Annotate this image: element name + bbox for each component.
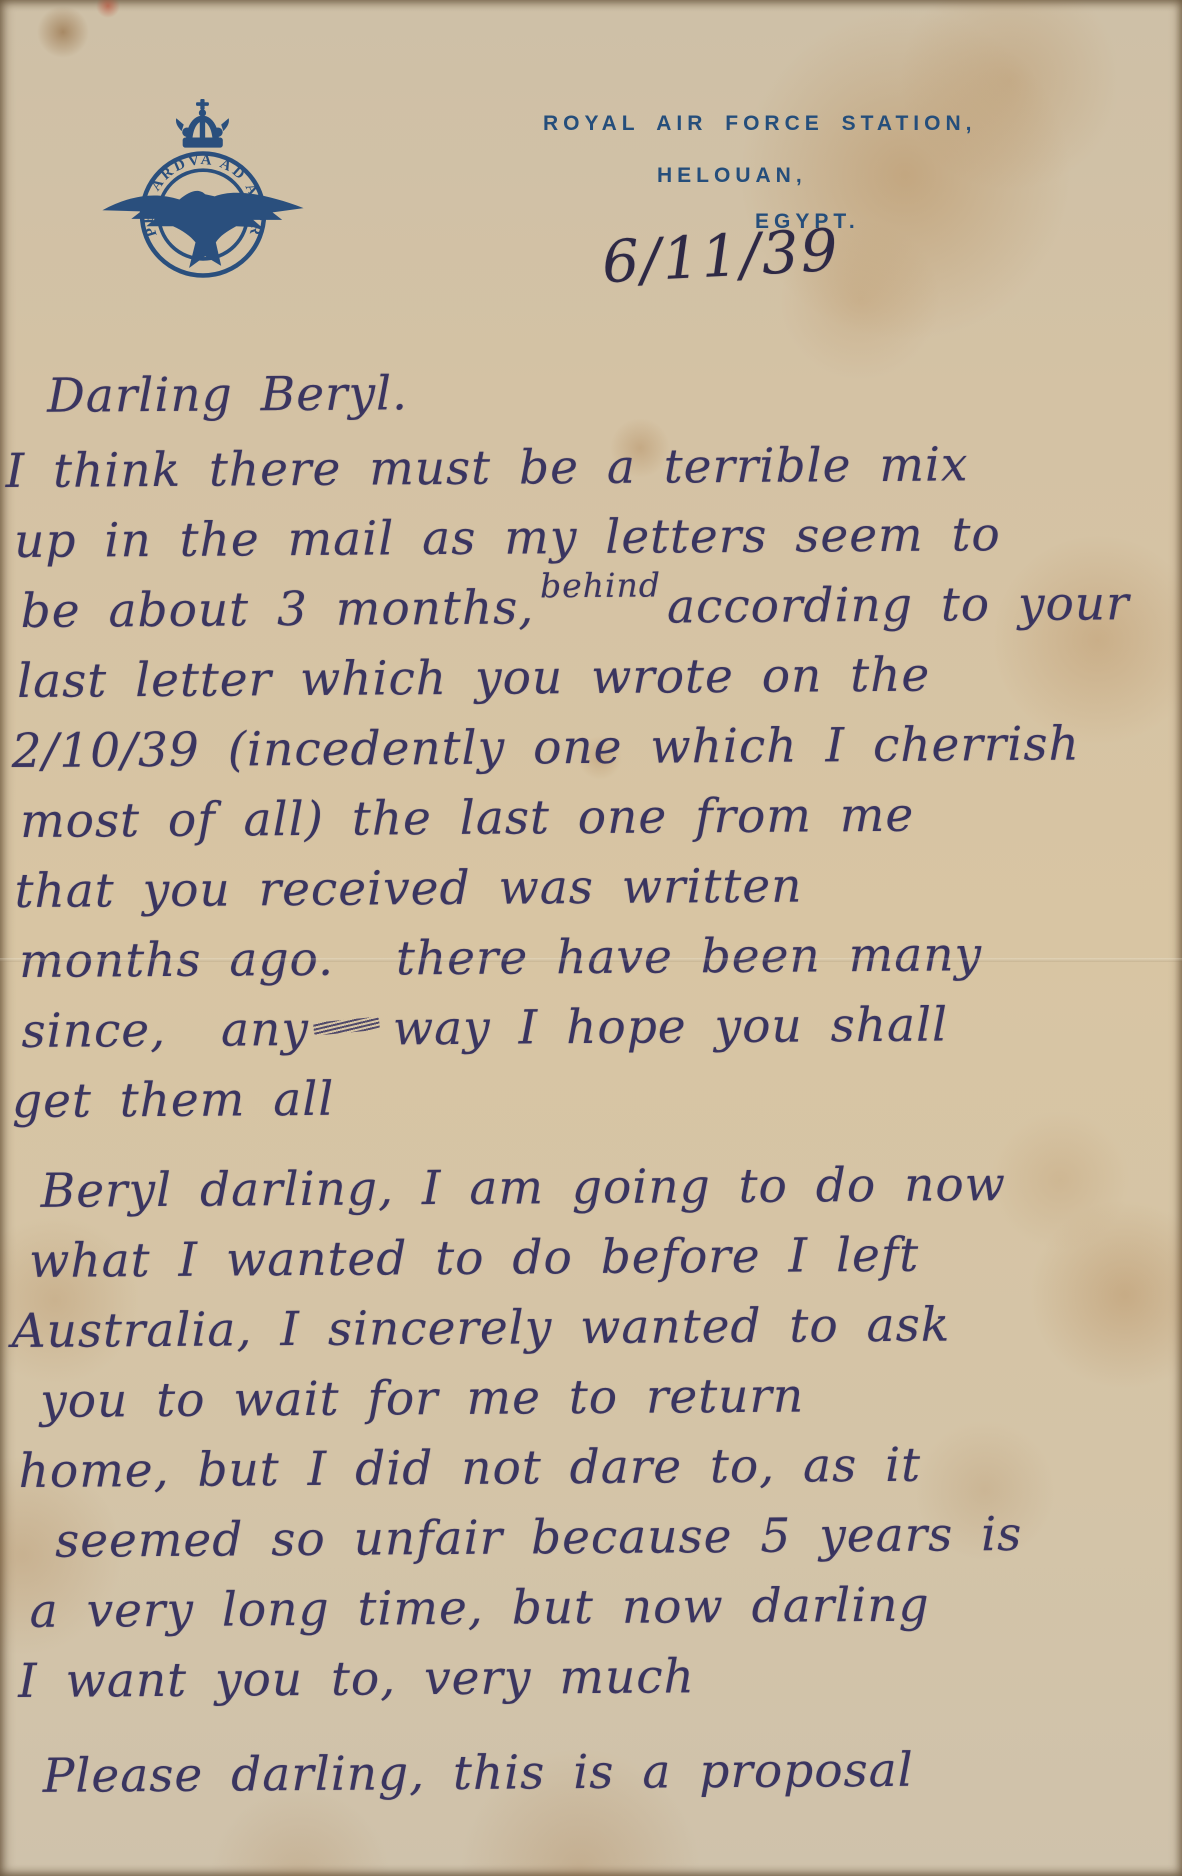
handwritten-line: months ago.there have been many	[19, 926, 1167, 1004]
handwritten-line: be about 3 months,behindaccording to you…	[20, 576, 1164, 654]
handwritten-line: I want you to, very much	[18, 1646, 1172, 1724]
line-text: there have been many	[396, 927, 983, 986]
letterhead-station-line2: HELOUAN,	[657, 164, 807, 188]
line-text: be about 3 months,	[20, 580, 534, 639]
handwritten-line: home, but I did not dare to, as it	[18, 1436, 1170, 1514]
letter-body: Darling Beryl. I think there must be a t…	[5, 361, 1173, 1819]
line-text: way I hope you shall	[393, 997, 949, 1056]
letter-date: 6/11/39	[600, 216, 841, 296]
handwritten-line: Beryl darling, I am going to do now	[41, 1156, 1169, 1234]
handwritten-line: 2/10/39 (incedently one which I cherrish	[11, 716, 1165, 794]
line-text: since,	[21, 1003, 166, 1059]
handwritten-line: since,anyway I hope you shall	[21, 996, 1167, 1074]
handwritten-line: get them all	[12, 1066, 1168, 1144]
line-text: months ago.	[19, 932, 334, 989]
handwritten-line: a very long time, but now darling	[29, 1576, 1171, 1654]
handwritten-line: you to wait for me to return	[40, 1366, 1170, 1444]
inserted-word: behind	[540, 565, 661, 605]
raf-crest-icon: PER ARDVA AD ASTRA	[96, 84, 310, 298]
handwritten-line: seemed so unfair because 5 years is	[55, 1506, 1171, 1584]
line-text: any	[221, 1002, 309, 1058]
letterhead-station-line1: ROYAL AIR FORCE STATION,	[543, 112, 976, 136]
handwritten-line: most of all) the last one from me	[20, 786, 1166, 864]
line-text: according to your	[667, 576, 1130, 634]
letter-page: PER ARDVA AD ASTRA ROYAL AIR FORCE STATI…	[0, 0, 1182, 1876]
handwritten-line: Please darling, this is a proposal	[43, 1741, 1173, 1819]
handwritten-line: last letter which you wrote on the	[17, 646, 1165, 724]
eagle-icon	[102, 191, 303, 268]
handwritten-line: I think there must be a terrible mix	[5, 436, 1163, 514]
handwritten-line: Australia, I sincerely wanted to ask	[11, 1296, 1169, 1374]
raf-badge-svg: PER ARDVA AD ASTRA	[96, 84, 310, 298]
salutation: Darling Beryl.	[47, 361, 1163, 444]
handwritten-line: that you received was written	[14, 856, 1166, 934]
crossed-out-word	[313, 1017, 380, 1036]
handwritten-line: what I wanted to do before I left	[29, 1226, 1169, 1304]
